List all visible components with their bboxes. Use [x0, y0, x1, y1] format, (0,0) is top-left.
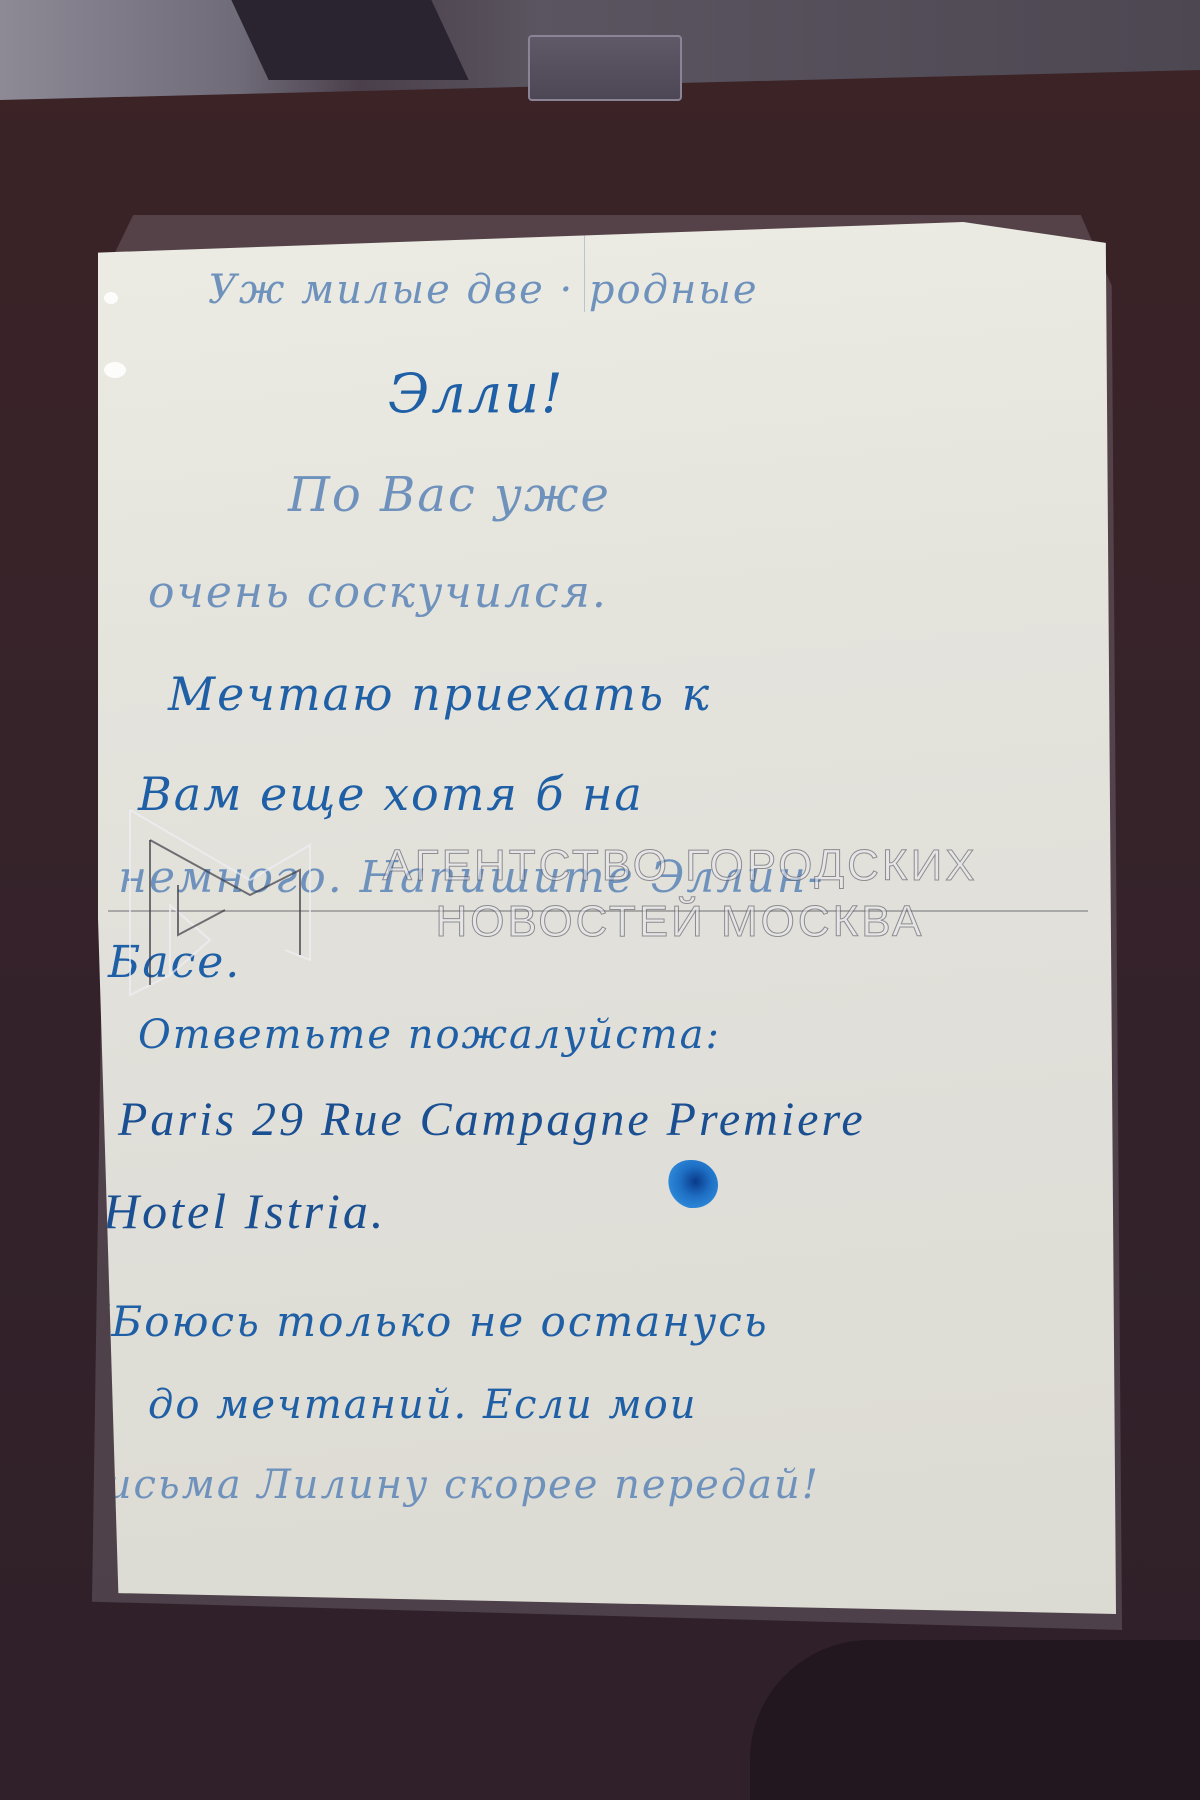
postscript-line-2: до мечтаний. Если мои — [148, 1382, 698, 1428]
postscript-line-1: (Боюсь только не останусь — [93, 1297, 769, 1346]
letter-line-5: Мечтаю приехать к — [168, 667, 711, 721]
hanging-clip — [528, 35, 682, 101]
watermark: АГЕНТСТВО ГОРОДСКИХ НОВОСТЕЙ МОСКВА — [330, 838, 1030, 950]
letter-line-9: Ответьте пожалуйста: — [138, 1012, 721, 1058]
watermark-line-2: НОВОСТЕЙ МОСКВА — [330, 894, 1030, 950]
letter-line-3: По Вас уже — [288, 467, 611, 523]
address-line-1: Paris 29 Rue Campagne Premiere — [118, 1092, 866, 1147]
sleeve-glare — [104, 362, 126, 378]
watermark-line-1: АГЕНТСТВО ГОРОДСКИХ — [330, 838, 1030, 894]
letter-line-1: Уж милые две · родные — [208, 267, 759, 313]
sleeve-glare — [104, 292, 118, 304]
ink-blot — [668, 1160, 718, 1208]
background-frame — [231, 0, 468, 80]
board-shadow — [750, 1640, 1200, 1800]
letter-line-4: очень соскучился. — [148, 567, 608, 618]
m-logo-icon — [110, 800, 330, 1000]
postscript-line-3: письма Лилину скорее передай! — [78, 1462, 820, 1508]
address-line-2: Hotel Istria. — [103, 1182, 386, 1240]
letter-line-2: Элли! — [388, 362, 565, 425]
